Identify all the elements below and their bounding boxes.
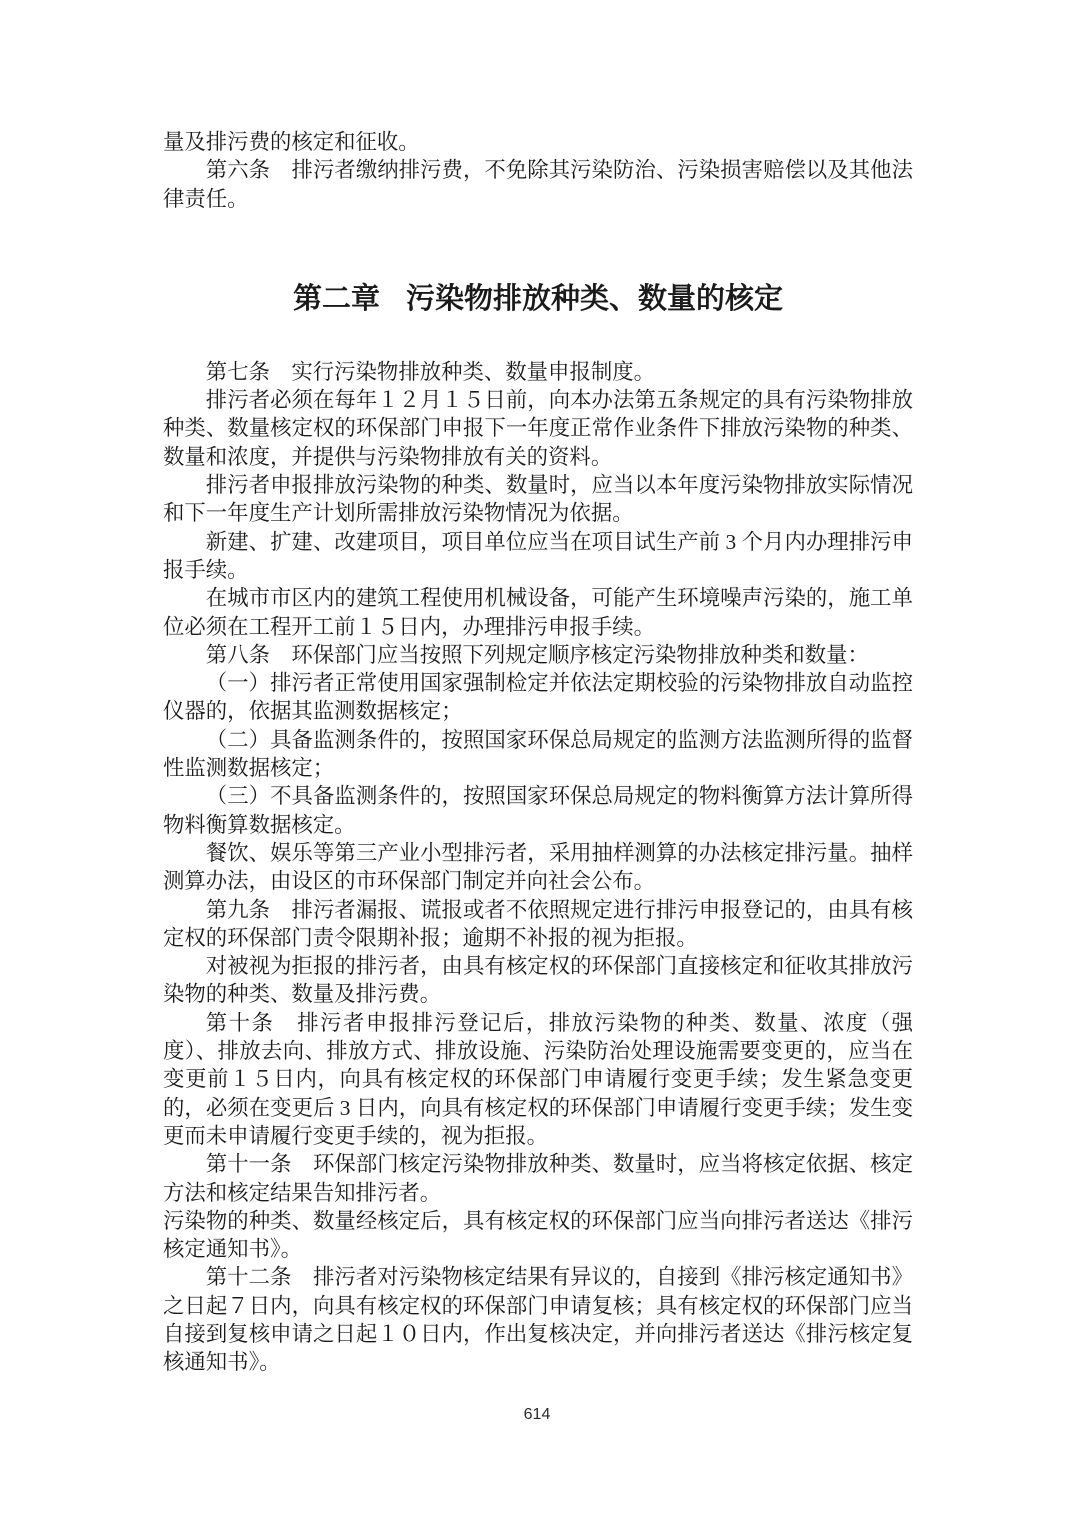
- paragraph: 餐饮、娱乐等第三产业小型排污者，采用抽样测算的办法核定排污量。抽样测算办法，由设…: [163, 839, 913, 896]
- paragraph-article-6: 第六条 排污者缴纳排污费，不免除其污染防治、污染损害赔偿以及其他法律责任。: [163, 156, 913, 213]
- paragraph-flush-left: 污染物的种类、数量经核定后，具有核定权的环保部门应当向排污者送达《排污核定通知书…: [163, 1207, 913, 1264]
- paragraph: 排污者申报排放污染物的种类、数量时，应当以本年度污染物排放实际情况和下一年度生产…: [163, 471, 913, 528]
- page-number: 614: [0, 1406, 1074, 1424]
- paragraph-item-3: （三）不具备监测条件的，按照国家环保总局规定的物料衡算方法计算所得物料衡算数据核…: [163, 782, 913, 839]
- paragraph: 对被视为拒报的排污者，由具有核定权的环保部门直接核定和征收其排放污染物的种类、数…: [163, 952, 913, 1009]
- document-body: 量及排污费的核定和征收。 第六条 排污者缴纳排污费，不免除其污染防治、污染损害赔…: [163, 128, 913, 1377]
- paragraph: 排污者必须在每年１２月１５日前，向本办法第五条规定的具有污染物排放种类、数量核定…: [163, 386, 913, 471]
- paragraph: 新建、扩建、改建项目，项目单位应当在项目试生产前 3 个月内办理排污申报手续。: [163, 528, 913, 585]
- chapter-title: 污染物排放种类、数量的核定: [406, 283, 783, 315]
- paragraph-item-2: （二）具备监测条件的，按照国家环保总局规定的监测方法监测所得的监督性监测数据核定…: [163, 726, 913, 783]
- paragraph-article-8: 第八条 环保部门应当按照下列规定顺序核定污染物排放种类和数量：: [163, 641, 913, 669]
- paragraph-article-11: 第十一条 环保部门核定污染物排放种类、数量时，应当将核定依据、核定方法和核定结果…: [163, 1150, 913, 1207]
- paragraph-continuation: 量及排污费的核定和征收。: [163, 128, 913, 156]
- paragraph-article-7: 第七条 实行污染物排放种类、数量申报制度。: [163, 358, 913, 386]
- paragraph-item-1: （一）排污者正常使用国家强制检定并依法定期校验的污染物排放自动监控仪器的，依据其…: [163, 669, 913, 726]
- chapter-number: 第二章: [293, 283, 380, 315]
- paragraph-article-9: 第九条 排污者漏报、谎报或者不依照规定进行排污申报登记的，由具有核定权的环保部门…: [163, 896, 913, 953]
- paragraph-article-10: 第十条 排污者申报排污登记后，排放污染物的种类、数量、浓度（强度）、排放去向、排…: [163, 1009, 913, 1150]
- chapter-heading: 第二章污染物排放种类、数量的核定: [163, 281, 913, 318]
- paragraph: 在城市市区内的建筑工程使用机械设备，可能产生环境噪声污染的，施工单位必须在工程开…: [163, 584, 913, 641]
- document-page: 量及排污费的核定和征收。 第六条 排污者缴纳排污费，不免除其污染防治、污染损害赔…: [0, 0, 1074, 1520]
- paragraph-article-12: 第十二条 排污者对污染物核定结果有异议的，自接到《排污核定通知书》之日起７日内，…: [163, 1263, 913, 1376]
